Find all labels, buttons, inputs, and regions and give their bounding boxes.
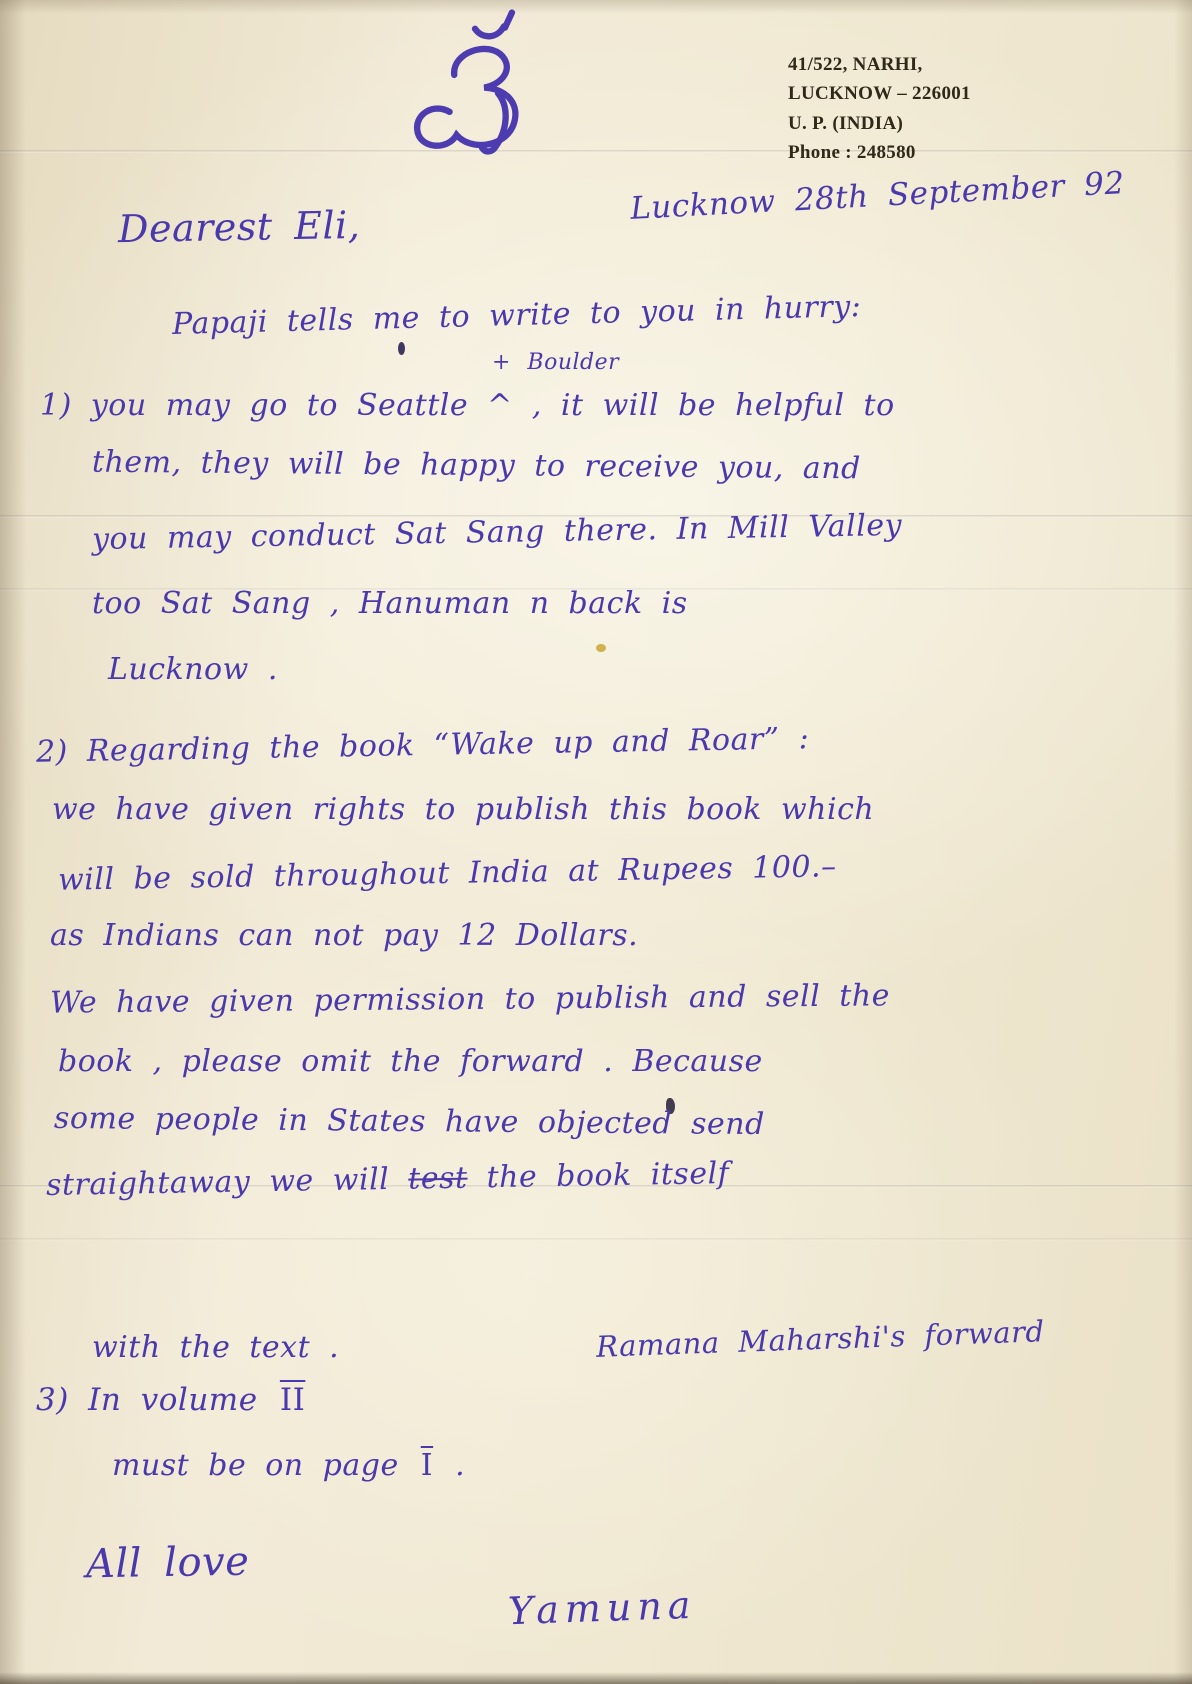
body-line-7: we have given rights to publish this boo… [52, 792, 874, 827]
letterhead-address-line-2: LUCKNOW – 226001 [788, 79, 971, 108]
closing: All love [86, 1539, 250, 1588]
fold-crease [0, 150, 1192, 153]
paper-background [0, 0, 1192, 1684]
body-line-11: book , please omit the forward . Because [58, 1044, 763, 1079]
body-line-12: some people in States have objected send [54, 1101, 765, 1142]
body-line-13-post: the book itself [467, 1156, 729, 1196]
body-line-14: with the text . [92, 1330, 339, 1365]
body-line-13-pre: straightaway we will [46, 1162, 409, 1203]
paper-edge-shadow [0, 0, 26, 1684]
volume-line-pre: 3) In volume [36, 1382, 277, 1418]
body-line-1: 1) you may go to Seattle ^ , it will be … [40, 388, 895, 423]
page-line-pre: must be on page [112, 1448, 418, 1483]
struck-word: test [408, 1161, 468, 1197]
body-line-10: We have given permission to publish and … [50, 978, 890, 1020]
insertion-note: + Boulder [492, 350, 619, 375]
paper-edge-shadow [0, 1672, 1192, 1684]
om-tick-stroke [505, 13, 512, 28]
body-line-9: as Indians can not pay 12 Dollars. [50, 918, 638, 953]
om-candra-stroke [475, 26, 504, 36]
letterhead-phone-line: Phone : 248580 [788, 138, 971, 167]
page-line: must be on page I . [112, 1448, 465, 1483]
salutation: Dearest Eli, [118, 203, 361, 251]
volume-line: 3) In volume II [36, 1382, 308, 1418]
letterhead-address-line-1: 41/522, NARHI, [788, 50, 971, 79]
om-symbol-icon [400, 8, 550, 158]
paper-stain [596, 644, 606, 652]
roman-numeral-two: II [277, 1382, 309, 1418]
paper-edge-shadow [0, 0, 1192, 14]
paper-edge-shadow [1174, 0, 1192, 1684]
page-line-post: . [436, 1448, 465, 1483]
signature: Yamuna [507, 1583, 697, 1634]
letterhead-address-line-3: U. P. (INDIA) [788, 109, 971, 138]
letterhead: 41/522, NARHI, LUCKNOW – 226001 U. P. (I… [788, 50, 971, 168]
roman-numeral-one: I [418, 1448, 436, 1483]
ink-blot [398, 342, 405, 355]
body-line-4: too Sat Sang , Hanuman n back is [92, 586, 688, 621]
fold-crease [0, 1238, 1192, 1241]
body-line-2: them, they will be happy to receive you,… [92, 445, 861, 487]
body-line-5: Lucknow . [108, 652, 278, 687]
